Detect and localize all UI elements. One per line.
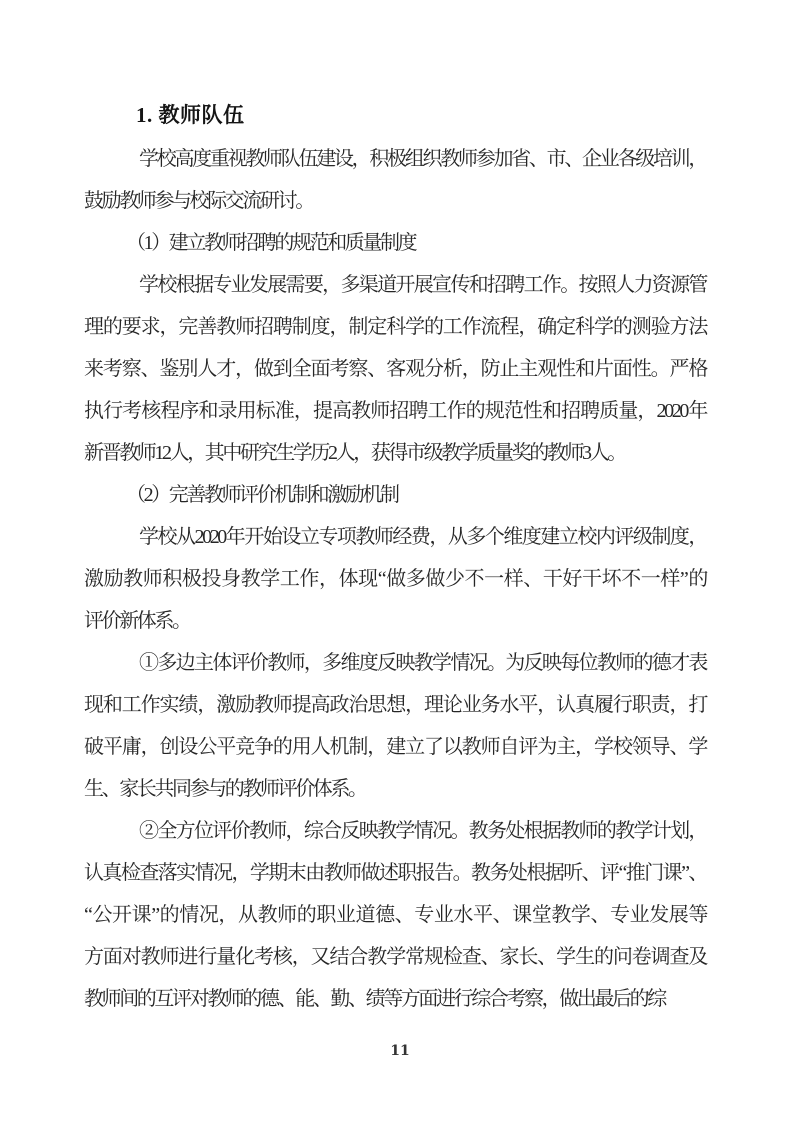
text-line: ②全方位评价教师，综合反映教学情况。教务处根据教师的教学计划， xyxy=(84,810,706,852)
text-line: 激励教师积极投身教学工作，体现“做多做少不一样、干好干坏不一样”的 xyxy=(84,558,706,600)
text-line: 学校从2020年开始设立专项教师经费，从多个维度建立校内评级制度， xyxy=(84,516,706,558)
text-line: ①多边主体评价教师，多维度反映教学情况。为反映每位教师的德才表 xyxy=(84,642,706,684)
text-line: 学校高度重视教师队伍建设，积极组织教师参加省、市、企业各级培训， xyxy=(84,138,706,180)
document-body: 1. 教师队伍 学校高度重视教师队伍建设，积极组织教师参加省、市、企业各级培训，… xyxy=(84,92,706,1020)
paragraph: （2）完善教师评价机制和激励机制 xyxy=(84,474,706,516)
paragraph: ②全方位评价教师，综合反映教学情况。教务处根据教师的教学计划，认真检查落实情况，… xyxy=(84,810,706,1020)
text-line: 来考察、鉴别人才，做到全面考察、客观分析，防止主观性和片面性。严格 xyxy=(84,348,706,390)
text-line: 理的要求，完善教师招聘制度，制定科学的工作流程，确定科学的测验方法 xyxy=(84,306,706,348)
text-line: “公开课”的情况，从教师的职业道德、专业水平、课堂教学、专业发展等 xyxy=(84,894,706,936)
paragraph: 学校高度重视教师队伍建设，积极组织教师参加省、市、企业各级培训，鼓励教师参与校际… xyxy=(84,138,706,222)
text-line: 新晋教师12人，其中研究生学历2人，获得市级教学质量奖的教师3人。 xyxy=(84,432,706,474)
text-line: 方面对教师进行量化考核，又结合教学常规检查、家长、学生的问卷调查及 xyxy=(84,936,706,978)
text-line: 现和工作实绩，激励教师提高政治思想，理论业务水平，认真履行职责，打 xyxy=(84,684,706,726)
paragraph: 学校根据专业发展需要，多渠道开展宣传和招聘工作。按照人力资源管理的要求，完善教师… xyxy=(84,264,706,474)
paragraph: （1）建立教师招聘的规范和质量制度 xyxy=(84,222,706,264)
text-line: 教师间的互评对教师的德、能、勤、绩等方面进行综合考察，做出最后的综 xyxy=(84,978,706,1020)
section-heading: 1. 教师队伍 xyxy=(84,92,706,138)
text-line: 学校根据专业发展需要，多渠道开展宣传和招聘工作。按照人力资源管 xyxy=(84,264,706,306)
text-line: 破平庸，创设公平竞争的用人机制，建立了以教师自评为主，学校领导、学 xyxy=(84,726,706,768)
document-page: 1. 教师队伍 学校高度重视教师队伍建设，积极组织教师参加省、市、企业各级培训，… xyxy=(0,0,800,1131)
text-line: 执行考核程序和录用标准，提高教师招聘工作的规范性和招聘质量，2020年 xyxy=(84,390,706,432)
text-line: （1）建立教师招聘的规范和质量制度 xyxy=(84,222,706,264)
page-number: 11 xyxy=(0,1043,800,1059)
text-line: 生、家长共同参与的教师评价体系。 xyxy=(84,768,706,810)
text-line: 评价新体系。 xyxy=(84,600,706,642)
paragraph: ①多边主体评价教师，多维度反映教学情况。为反映每位教师的德才表现和工作实绩，激励… xyxy=(84,642,706,810)
paragraph: 学校从2020年开始设立专项教师经费，从多个维度建立校内评级制度，激励教师积极投… xyxy=(84,516,706,642)
text-line: 认真检查落实情况，学期末由教师做述职报告。教务处根据听、评“推门课”、 xyxy=(84,852,706,894)
text-line: 鼓励教师参与校际交流研讨。 xyxy=(84,180,706,222)
text-line: （2）完善教师评价机制和激励机制 xyxy=(84,474,706,516)
